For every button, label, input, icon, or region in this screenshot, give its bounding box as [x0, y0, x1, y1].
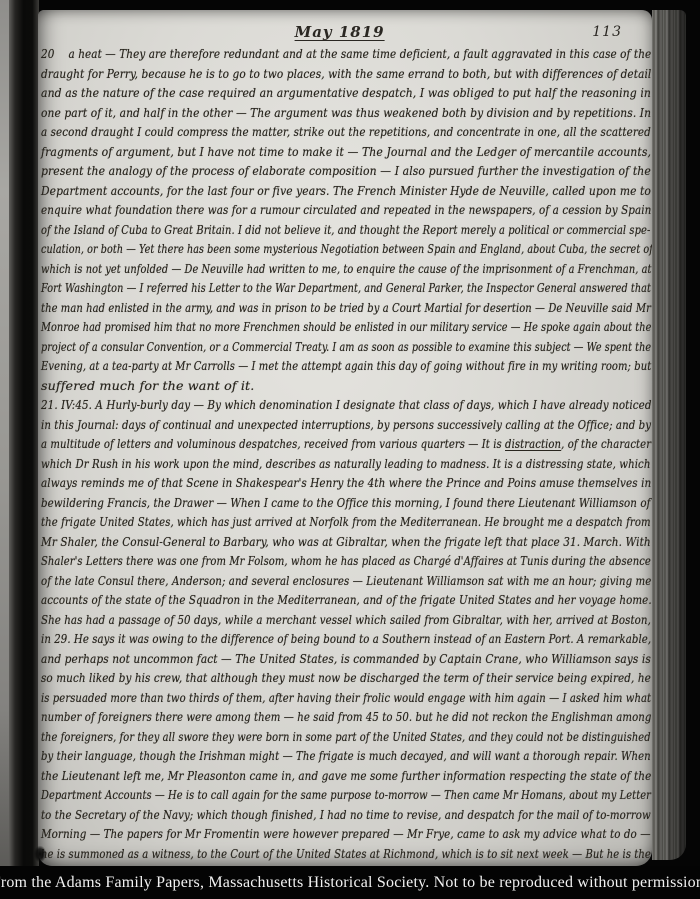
manuscript-line-text: number of foreigners there were among th…: [41, 710, 651, 724]
manuscript-line-text: suffered much for the want of it.: [41, 379, 254, 393]
manuscript-line: so much liked by his crew, that although…: [41, 669, 651, 689]
manuscript-line: Department accounts, for the last four o…: [41, 182, 651, 202]
manuscript-line-text: Fort Washington — I referred his Letter …: [41, 281, 651, 295]
manuscript-line: he is summoned as a witness, to the Cour…: [41, 845, 651, 865]
manuscript-line: of the late Consul there, Anderson; and …: [41, 572, 651, 592]
page-edge-stack: [652, 10, 686, 860]
manuscript-line-text: so much liked by his crew, that although…: [41, 671, 651, 685]
manuscript-line-text: to the Secretary of the Navy; which thou…: [41, 808, 651, 822]
manuscript-line-text: accounts of the state of the Squadron in…: [41, 593, 652, 607]
manuscript-line: a multitude of letters and voluminous de…: [41, 435, 651, 455]
neighbor-page-strip: [0, 0, 9, 866]
ink-blot: [34, 846, 46, 862]
manuscript-line: by their language, though the Irishman m…: [41, 747, 651, 767]
manuscript-line: the frigate United States, which has jus…: [41, 513, 651, 533]
manuscript-line-text: of the late Consul there, Anderson; and …: [41, 574, 651, 588]
manuscript-line-text: the man had enlisted in the army, and wa…: [41, 301, 651, 315]
manuscript-line: suffered much for the want of it.: [41, 377, 651, 397]
manuscript-line: the man had enlisted in the army, and wa…: [41, 299, 651, 319]
manuscript-line: which is not yet unfolded — De Neuville …: [41, 260, 651, 280]
manuscript-line-text: he is summoned as a witness, to the Cour…: [41, 847, 651, 861]
manuscript-line-text: the foreigners, for they all swore they …: [41, 730, 651, 744]
manuscript-line: Monroe had promised him that no more Fre…: [41, 318, 651, 338]
manuscript-line: She has had a passage of 50 days, while …: [41, 611, 651, 631]
manuscript-text: 20 a heat — They are therefore redundant…: [41, 45, 651, 864]
manuscript-line: in 29. He says it was owing to the diffe…: [41, 630, 651, 650]
manuscript-scan: May 1819 113 20 a heat — They are theref…: [0, 0, 700, 899]
manuscript-line-text: 21. IV:45. A Hurly-burly day — By which …: [41, 398, 652, 412]
manuscript-line: present the analogy of the process of el…: [41, 162, 651, 182]
manuscript-line-text: Evening, at a tea-party at Mr Carrolls —…: [41, 359, 651, 373]
manuscript-line-text: one part of it, and half in the other — …: [41, 106, 651, 120]
manuscript-line: bewildering Francis, the Drawer — When I…: [41, 494, 651, 514]
manuscript-line: fragments of argument, but I have not ti…: [41, 143, 651, 163]
manuscript-line-text: the Lieutenant left me, Mr Pleasonton ca…: [41, 769, 651, 783]
manuscript-line: accounts of the state of the Squadron in…: [41, 591, 651, 611]
manuscript-line-text: Morning — The papers for Mr Fromentin we…: [41, 827, 651, 841]
caption-text: From the Adams Family Papers, Massachuse…: [0, 874, 700, 892]
manuscript-line: project of a consular Convention, or a C…: [41, 338, 651, 358]
manuscript-line-text: and perhaps not uncommon fact — The Unit…: [41, 652, 651, 666]
manuscript-line-text: Shaler's Letters there was one from Mr F…: [41, 554, 651, 568]
manuscript-line-text: 20 a heat — They are therefore redundant…: [41, 47, 651, 61]
manuscript-line-text: enquire what foundation there was for a …: [41, 203, 651, 217]
manuscript-line-text: a multitude of letters and voluminous de…: [41, 437, 651, 451]
manuscript-line-text: Mr Shaler, the Consul-General to Barbary…: [41, 535, 651, 549]
page-header: May 1819 113: [38, 23, 652, 47]
manuscript-line: Department Accounts — He is to call agai…: [41, 786, 651, 806]
manuscript-line-text: Department accounts, for the last four o…: [41, 184, 651, 198]
manuscript-line: the foreigners, for they all swore they …: [41, 728, 651, 748]
manuscript-line: in this Journal: days of continual and u…: [41, 416, 651, 436]
manuscript-line: and perhaps not uncommon fact — The Unit…: [41, 650, 651, 670]
manuscript-line-text: Monroe had promised him that no more Fre…: [41, 320, 651, 334]
manuscript-line-text: a second draught I could compress the ma…: [41, 125, 651, 139]
manuscript-line-text: culation, or both — Yet there has been s…: [41, 242, 652, 256]
header-date: May 1819: [295, 23, 385, 41]
manuscript-line-text: which is not yet unfolded — De Neuville …: [41, 262, 652, 276]
manuscript-line-text: fragments of argument, but I have not ti…: [41, 145, 651, 159]
manuscript-line-text: draught for Perry, because he is to go t…: [41, 67, 651, 81]
manuscript-line: of the Island of Cuba to Great Britain. …: [41, 221, 651, 241]
manuscript-line: and as the nature of the case required a…: [41, 84, 651, 104]
manuscript-line-text: project of a consular Convention, or a C…: [41, 340, 651, 354]
manuscript-line: one part of it, and half in the other — …: [41, 104, 651, 124]
underlined-word: distraction: [505, 437, 561, 451]
manuscript-line: Shaler's Letters there was one from Mr F…: [41, 552, 651, 572]
manuscript-line: which Dr Rush in his work upon the mind,…: [41, 455, 651, 475]
manuscript-line: draught for Perry, because he is to go t…: [41, 65, 651, 85]
manuscript-line-text: present the analogy of the process of el…: [41, 164, 651, 178]
manuscript-line: Morning — The papers for Mr Fromentin we…: [41, 825, 651, 845]
manuscript-line-text: of the Island of Cuba to Great Britain. …: [41, 223, 650, 237]
book-gutter-shadow: [9, 0, 39, 866]
manuscript-line-text: in 29. He says it was owing to the diffe…: [41, 632, 651, 646]
manuscript-line-text: and as the nature of the case required a…: [41, 86, 651, 100]
manuscript-line-text: bewildering Francis, the Drawer — When I…: [41, 496, 650, 510]
manuscript-line-text: always reminds me of that Scene in Shake…: [41, 476, 651, 490]
manuscript-page: May 1819 113 20 a heat — They are theref…: [38, 10, 652, 866]
manuscript-line: number of foreigners there were among th…: [41, 708, 651, 728]
manuscript-line: a second draught I could compress the ma…: [41, 123, 651, 143]
manuscript-line: culation, or both — Yet there has been s…: [41, 240, 651, 260]
manuscript-line: is persuaded more than two thirds of the…: [41, 689, 651, 709]
manuscript-line: the Lieutenant left me, Mr Pleasonton ca…: [41, 767, 651, 787]
manuscript-line-text: is persuaded more than two thirds of the…: [41, 691, 651, 705]
manuscript-line: Evening, at a tea-party at Mr Carrolls —…: [41, 357, 651, 377]
manuscript-line-text: which Dr Rush in his work upon the mind,…: [41, 457, 650, 471]
manuscript-line: to the Secretary of the Navy; which thou…: [41, 806, 651, 826]
manuscript-line-text: in this Journal: days of continual and u…: [41, 418, 651, 432]
manuscript-line-text: the frigate United States, which has jus…: [41, 515, 651, 529]
manuscript-line: always reminds me of that Scene in Shake…: [41, 474, 651, 494]
page-number: 113: [592, 24, 622, 40]
manuscript-line: enquire what foundation there was for a …: [41, 201, 651, 221]
manuscript-line: Mr Shaler, the Consul-General to Barbary…: [41, 533, 651, 553]
manuscript-line: 20 a heat — They are therefore redundant…: [41, 45, 651, 65]
manuscript-line-text: She has had a passage of 50 days, while …: [41, 613, 651, 627]
manuscript-line-text: by their language, though the Irishman m…: [41, 749, 651, 763]
manuscript-line: 21. IV:45. A Hurly-burly day — By which …: [41, 396, 651, 416]
manuscript-line-text: Department Accounts — He is to call agai…: [41, 788, 651, 802]
caption-bar: From the Adams Family Papers, Massachuse…: [0, 866, 700, 899]
manuscript-line: Fort Washington — I referred his Letter …: [41, 279, 651, 299]
